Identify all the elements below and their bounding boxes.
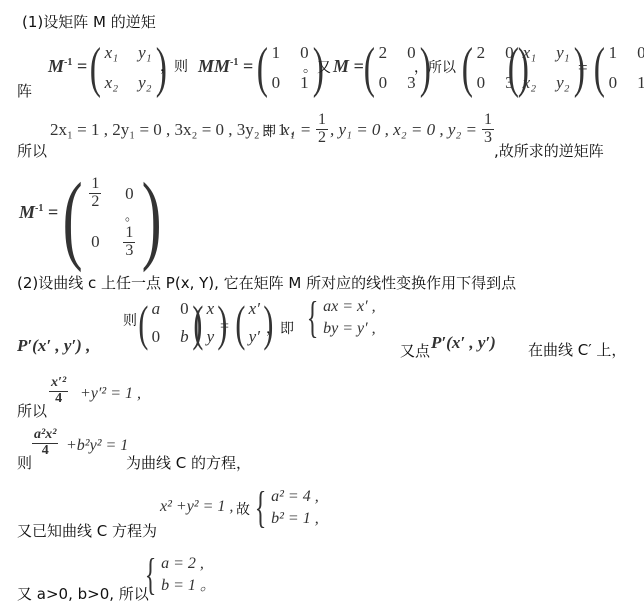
eq2-suffix: 为曲线 C 的方程， xyxy=(126,452,251,473)
equations: 2x₁ = 1 , 2y₁ = 0 , 3x₂ = 0 , 3y₂ = 1 , xyxy=(50,120,295,140)
known-eq: x² +y² = 1 , xyxy=(160,498,233,516)
so-prefix: 所以 xyxy=(17,140,47,161)
eq2-rest: +b²y² = 1 xyxy=(66,437,128,455)
part1-heading: (1)设矩阵 M 的逆矩 xyxy=(22,11,156,32)
result-minv-label: M-1 = xyxy=(19,202,58,223)
equals-sign-2: = xyxy=(220,318,229,336)
eq1-frac: x′²4 xyxy=(49,376,68,406)
part1-heading-cont: 阵 xyxy=(17,80,32,101)
result-matrix: ( 120 013 ) xyxy=(56,168,169,268)
known-prefix: 又已知曲线 C 方程为 xyxy=(17,520,157,541)
minv-matrix: ( x₁y₁ x₂y₂ ) xyxy=(86,40,170,96)
x1-eq: x₁ = xyxy=(282,120,311,140)
frac-third: 13 xyxy=(482,112,494,147)
so-text: ，所以 xyxy=(414,57,456,77)
end-period: 。 xyxy=(125,205,138,224)
on-curve: 在曲线 C′ 上， xyxy=(528,339,626,360)
p-prime-2: P′(x′ , y′) xyxy=(431,333,496,353)
mminv-label: MM-1 = xyxy=(198,56,253,77)
frac-half: 12 xyxy=(316,112,328,147)
eq2-frac: a²x²4 xyxy=(32,428,58,458)
then-prefix: 则 xyxy=(17,452,32,473)
eq1-rest: +y′² = 1 , xyxy=(80,385,141,403)
ie-text-2: ，即 xyxy=(266,318,294,338)
so-prefix-2: 所以 xyxy=(17,400,47,421)
part2-heading: (2)设曲线 c 上任一点 P(x, Y), 它在矩阵 M 所对应的线性变换作用… xyxy=(17,272,516,293)
p-prime: P′(x′ , y′) , xyxy=(17,336,90,356)
conclusion: ,故所求的逆矩阵 xyxy=(494,140,604,161)
period-also: 。又 xyxy=(303,57,331,77)
minv-label: M-1 = xyxy=(48,56,87,77)
ie-text: 即 xyxy=(262,121,276,141)
also-point: 又点 xyxy=(400,340,430,361)
system2: { a² = 4 ,b² = 1 , xyxy=(250,486,319,531)
system1: { ax = x′ ,by = y′ , xyxy=(302,296,376,341)
then-text: ，则 xyxy=(160,56,188,76)
therefore-text: 故 xyxy=(236,499,250,519)
equals-sign: = xyxy=(578,58,588,78)
system3: { a = 2 ,b = 1 。 xyxy=(140,553,216,598)
y1x2-eq: , y₁ = 0 , x₂ = 0 , y₂ = xyxy=(330,120,477,140)
identity-matrix-repeat: ( 10 01 ) xyxy=(590,40,644,96)
minv-matrix-repeat: ( x₁y₁ x₂y₂ ) xyxy=(504,40,588,96)
final-prefix: 又 a>0, b>0, 所以 xyxy=(17,583,149,604)
